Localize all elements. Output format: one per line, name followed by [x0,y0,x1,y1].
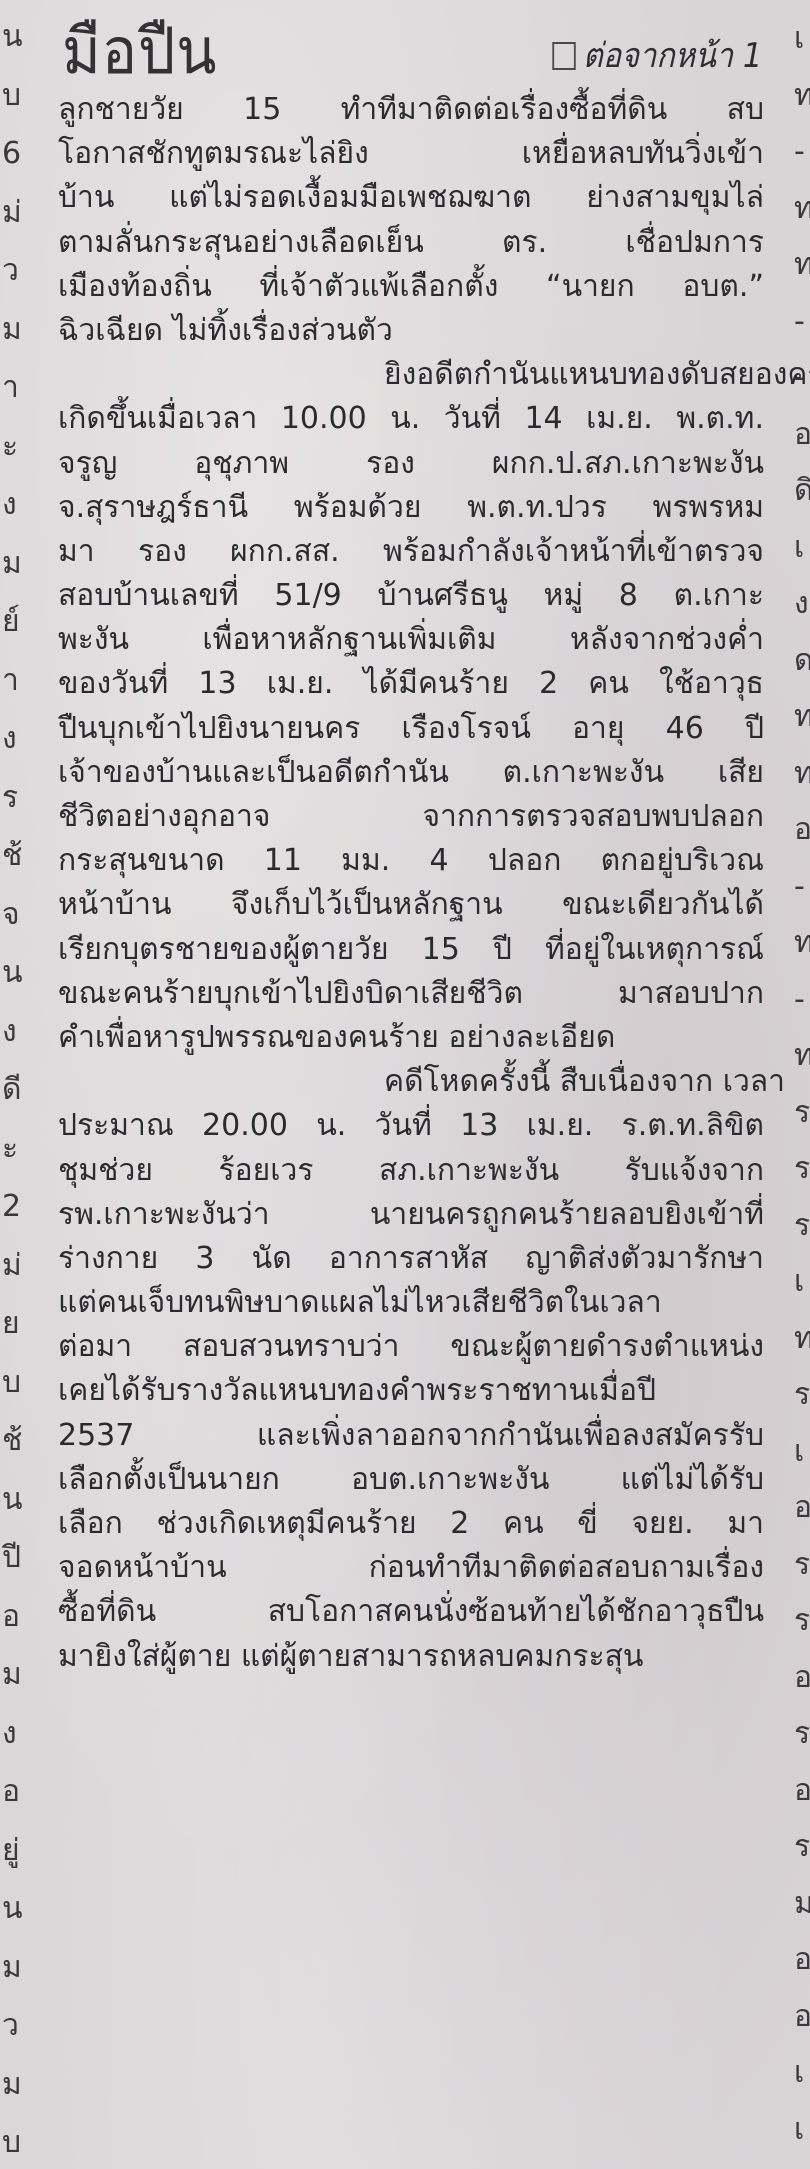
article-line: จรูญ อุชุภาพ รอง ผกก.ป.สภ.เกาะพะงัน [58,442,764,486]
adjacent-column-glyph: ม [2,1953,22,1983]
article-line: แต่คนเจ็บทนพิษบาดแผลไม่ไหวเสียชีวิตในเวล… [58,1281,764,1325]
article-line: จ.สุราษฎร์ธานี พร้อมด้วย พ.ต.ท.ปวร พรพรห… [58,486,764,530]
adjacent-column-glyph: ท [794,759,810,789]
adjacent-column-glyph: ง [2,724,17,754]
adjacent-column-glyph: ร [794,1832,810,1862]
adjacent-column-left: นบ6ม่วมาะงมย์างรช้จนงดีะ2ม่ยบช้นปีอมงอยู… [0,0,34,2169]
adjacent-column-glyph: เ [794,2115,804,2145]
article-line: ขณะคนร้ายบุกเข้าไปยิงบิดาเสียชีวิต มาสอบ… [58,972,764,1016]
article-line: ชุมช่วย ร้อยเวร สภ.เกาะพะงัน รับแจ้งจาก [58,1149,764,1193]
adjacent-column-glyph: ท [794,1324,810,1354]
article-line: เจ้าของบ้านและเป็นอดีตกำนัน ต.เกาะพะงัน … [58,751,764,795]
adjacent-column-glyph: อ [794,1663,810,1693]
headline-row: มือปืน ต่อจากหน้า 1 [58,8,764,96]
adjacent-column-glyph: อ [2,1602,20,1632]
adjacent-column-glyph: อ [2,1777,20,1807]
adjacent-column-glyph: ม่ [2,1251,22,1281]
article-line: พะงัน เพื่อหาหลักฐานเพิ่มเติม หลังจากช่ว… [58,618,764,662]
adjacent-column-glyph: - [794,137,805,167]
adjacent-column-glyph: ง [2,1719,17,1749]
adjacent-column-glyph: ง [2,490,17,520]
adjacent-column-glyph: เ [794,533,804,563]
article-line: หน้าบ้าน จึงเก็บไว้เป็นหลักฐาน ขณะเดียวก… [58,883,764,927]
adjacent-column-glyph: ด [794,646,810,676]
article-line: ปืนบุกเข้าไปยิงนายนคร เรืองโรจน์ อายุ 46… [58,707,764,751]
adjacent-column-glyph: น [2,22,23,52]
adjacent-column-glyph: ช้ [2,1426,22,1456]
article-line: เรียกบุตรชายของผู้ตายวัย 15 ปี ที่อยู่ใน… [58,928,764,972]
adjacent-column-glyph: ท [794,81,810,111]
article-line: 2537 และเพิ่งลาออกจากกำนันเพื่อลงสมัครรั… [58,1414,764,1458]
adjacent-column-glyph: 2 [2,1192,21,1222]
adjacent-column-glyph: ะ [2,432,18,462]
continued-label: ต่อจากหน้า 1 [583,36,762,76]
adjacent-column-glyph: ม่ [2,198,22,228]
article-line: ประมาณ 20.00 น. วันที่ 13 เม.ย. ร.ต.ท.ลิ… [58,1104,764,1148]
adjacent-column-glyph: ว [2,256,19,286]
article-line: ซื้อที่ดิน สบโอกาสคนนั่งซ้อนท้ายได้ชักอา… [58,1590,764,1634]
adjacent-column-glyph: า [2,666,19,696]
adjacent-column-glyph: อ [794,1776,810,1806]
adjacent-column-glyph: ร [794,1719,810,1749]
adjacent-column-glyph: ย [2,1309,20,1339]
adjacent-column-right: เท-ทท--อดิเงดททอ-ท-ทรรรเทรเอรรอรอรมออเเ [784,0,810,2169]
adjacent-column-glyph: ดิ [794,476,810,506]
adjacent-column-glyph: อ [794,420,810,450]
article-line: จอดหน้าบ้าน ก่อนทำทีมาติดต่อสอบถามเรื่อง [58,1546,764,1590]
adjacent-column-glyph: ท [794,702,810,732]
adjacent-column-glyph: - [794,307,805,337]
adjacent-column-glyph: ม [2,1660,22,1690]
adjacent-column-glyph: ว [2,2011,19,2041]
article-line: มายิงใส่ผู้ตาย แต่ผู้ตายสามารถหลบคมกระสุ… [58,1635,764,1679]
adjacent-column-glyph: ย์ [2,607,20,637]
article-line: ลูกชายวัย 15 ทำทีมาติดต่อเรื่องซื้อที่ดิ… [58,88,764,132]
adjacent-column-glyph: เ [794,24,804,54]
adjacent-column-glyph: อ [794,815,810,845]
square-outline-icon [552,42,575,70]
article-line: โอกาสชักทูตมรณะไล่ยิง เหยื่อหลบทันวิ่งเข… [58,132,764,176]
article-line: ตามลั่นกระสุนอย่างเลือดเย็น ตร. เชื่อปมก… [58,221,764,265]
adjacent-column-glyph: บ [2,1368,21,1398]
headline: มือปืน [62,8,217,96]
article-line: เลือกตั้งเป็นนายก อบต.เกาะพะงัน แต่ไม่ได… [58,1458,764,1502]
adjacent-column-glyph: อ [794,1945,810,1975]
adjacent-column-glyph: ช้ [2,841,22,871]
article-line: เมืองท้องถิ่น ที่เจ้าตัวแพ้เลือกตั้ง “นา… [58,265,764,309]
adjacent-column-glyph: ปี [2,1543,21,1573]
adjacent-column-glyph: ง [794,589,809,619]
adjacent-column-glyph: - [794,985,805,1015]
adjacent-column-glyph: น [2,1894,23,1924]
article-line: คดีโหดครั้งนี้ สืบเนื่องจาก เวลา [58,1060,764,1104]
adjacent-column-glyph: ร [2,783,18,813]
adjacent-column-glyph: า [2,373,19,403]
adjacent-column-glyph: ม [2,2070,22,2100]
adjacent-column-glyph: 6 [2,139,21,169]
adjacent-column-glyph: ม [2,549,22,579]
adjacent-column-glyph: ท [794,194,810,224]
adjacent-column-glyph: ท [794,928,810,958]
article-line: ร่างกาย 3 นัด อาการสาหัส ญาติส่งตัวมารัก… [58,1237,764,1281]
adjacent-column-glyph: ง [2,1017,17,1047]
adjacent-column-glyph: ม [2,315,22,345]
adjacent-column-glyph: ร [794,1380,810,1410]
article-line: ต่อมา สอบสวนทราบว่า ขณะผู้ตายดำรงตำแหน่ง [58,1325,764,1369]
adjacent-column-glyph: อ [794,2002,810,2032]
adjacent-column-glyph: ท [794,250,810,280]
adjacent-column-glyph: ม [794,1889,810,1919]
article-line: คำเพื่อหารูปพรรณของคนร้าย อย่างละเอียด [58,1016,764,1060]
adjacent-column-glyph: จ [2,900,20,930]
adjacent-column-glyph: เ [794,2058,804,2088]
adjacent-column-glyph: บ [2,2128,21,2158]
continued-from-page: ต่อจากหน้า 1 [552,36,762,76]
adjacent-column-glyph: อ [794,1493,810,1523]
adjacent-column-glyph: ท [794,1041,810,1071]
adjacent-column-glyph: เ [794,1437,804,1467]
adjacent-column-glyph: น [2,958,23,988]
article-line: สอบบ้านเลขที่ 51/9 บ้านศรีธนู หมู่ 8 ต.เ… [58,574,764,618]
article-line: เคยได้รับรางวัลแหนบทองคำพระราชทานเมื่อปี [58,1369,764,1413]
adjacent-column-glyph: น [2,1485,23,1515]
adjacent-column-glyph: ดี [2,1075,21,1105]
article-line: กระสุนขนาด 11 มม. 4 ปลอก ตกอยู่บริเวณ [58,839,764,883]
adjacent-column-glyph: เ [794,1267,804,1297]
article-line: ชีวิตอย่างอุกอาจ จากการตรวจสอบพบปลอก [58,795,764,839]
article-line: ฉิวเฉียด ไม่ทิ้งเรื่องส่วนตัว [58,309,764,353]
adjacent-column-glyph: ร [794,1154,810,1184]
adjacent-column-glyph: ร [794,1211,810,1241]
article-line: รพ.เกาะพะงันว่า นายนครถูกคนร้ายลอบยิงเข้… [58,1193,764,1237]
adjacent-column-glyph: ยู่ [2,1836,20,1866]
article-line: ของวันที่ 13 เม.ย. ได้มีคนร้าย 2 คน ใช้อ… [58,662,764,706]
adjacent-column-glyph: ะ [2,1134,18,1164]
adjacent-column-glyph: ร [794,1098,810,1128]
adjacent-column-glyph: บ [2,81,21,111]
adjacent-column-glyph: ร [794,1550,810,1580]
adjacent-column-glyph: ร [794,1606,810,1636]
article-line: มา รอง ผกก.สส. พร้อมกำลังเจ้าหน้าที่เข้า… [58,530,764,574]
article-body: ลูกชายวัย 15 ทำทีมาติดต่อเรื่องซื้อที่ดิ… [58,88,764,1679]
article-line: เกิดขึ้นเมื่อเวลา 10.00 น. วันที่ 14 เม.… [58,397,764,441]
article-line: เลือก ช่วงเกิดเหตุมีคนร้าย 2 คน ขี่ จยย.… [58,1502,764,1546]
adjacent-column-glyph: - [794,872,805,902]
article-line: บ้าน แต่ไม่รอดเงื้อมมือเพชฌฆาต ย่างสามขุ… [58,176,764,220]
article-line: ยิงอดีตกำนันแหนบทองดับสยองครั้งนี้ [58,353,764,397]
